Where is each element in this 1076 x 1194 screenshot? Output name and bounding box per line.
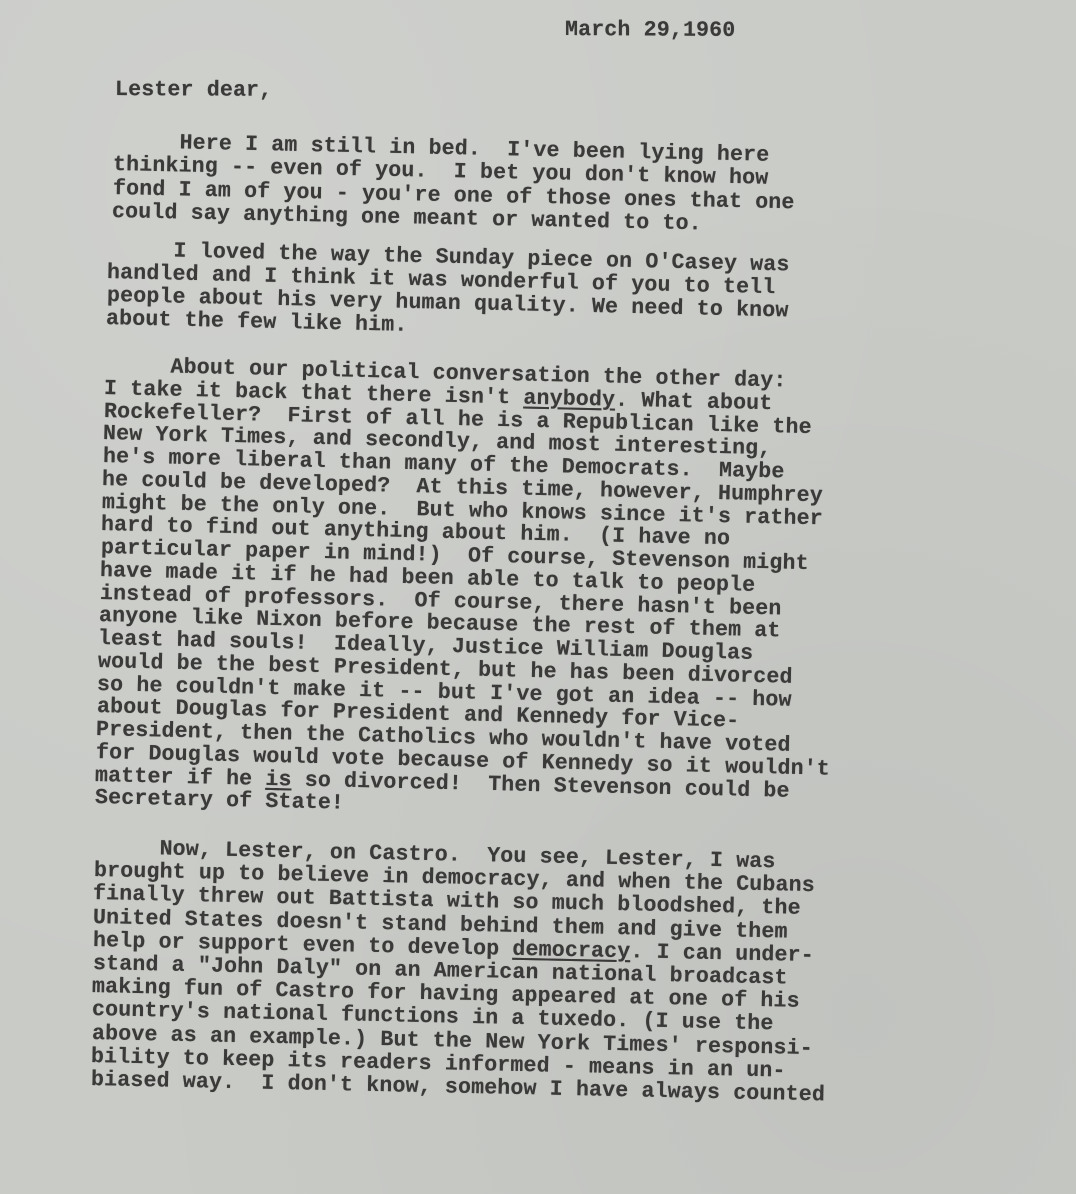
underlined-text: anybody bbox=[524, 386, 616, 412]
letter-page: March 29,1960Lester dear, Here I am stil… bbox=[0, 0, 1076, 1194]
paragraph-2-line: about the few like him. bbox=[106, 309, 408, 337]
overstruck-text: S bbox=[265, 790, 279, 814]
underlined-text: is bbox=[265, 767, 292, 792]
letter-date: March 29,1960 bbox=[565, 20, 736, 42]
paragraph-3-line: Secretary of State! bbox=[94, 788, 344, 815]
underlined-text: democracy bbox=[512, 938, 630, 964]
salutation: Lester dear, bbox=[115, 80, 272, 102]
